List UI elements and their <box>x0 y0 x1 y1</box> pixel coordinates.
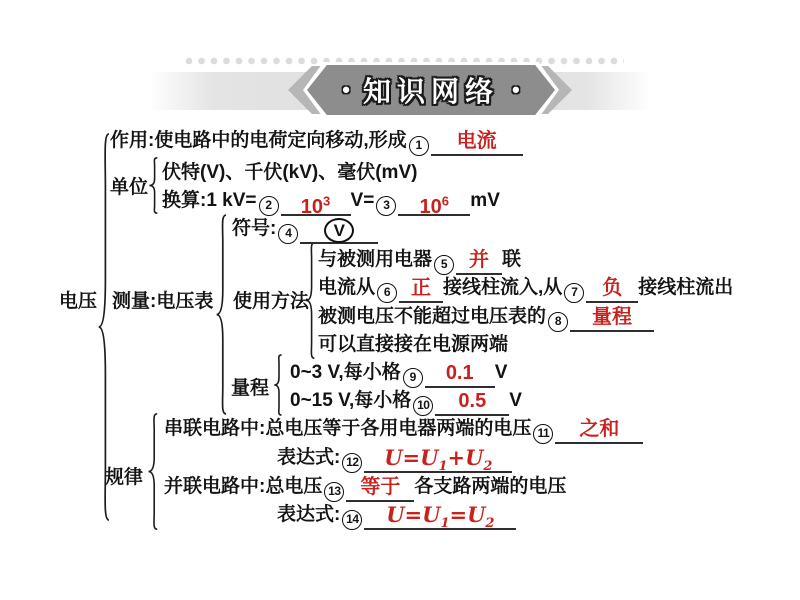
circled-number-5: 5 <box>434 255 454 275</box>
circled-number-3: 3 <box>376 196 396 216</box>
line-symbol: 符号:4V <box>232 217 378 244</box>
answer-blank-14: U=U1=U2 <box>364 504 516 530</box>
circled-number-13: 13 <box>324 482 344 502</box>
answer-blank-1: 电流 <box>431 130 523 156</box>
text: V <box>509 390 522 411</box>
parallel-voltage-formula: U=U1=U2 <box>386 502 494 527</box>
answer-blank-2: 103 <box>281 190 351 216</box>
node-measure: 测量:电压表 <box>112 290 213 314</box>
circled-number-9: 9 <box>403 368 423 388</box>
circled-number-14: 14 <box>342 510 362 530</box>
answer-blank-10: 0.5 <box>435 390 509 416</box>
line-parallel-connect: 与被测用电器5并联 <box>318 248 521 275</box>
line-range-limit: 被测电压不能超过电压表的8量程 <box>318 305 654 332</box>
line-parallel-rule: 并联电路中:总电压13等于各支路两端的电压 <box>164 475 566 502</box>
answer-blank-4: V <box>300 218 378 244</box>
text: 接线柱流入,从 <box>443 277 562 298</box>
line-current-direction: 电流从6正接线柱流入,从7负接线柱流出 <box>318 276 733 303</box>
brace-voltmeter <box>215 212 228 417</box>
answer-blank-11: 之和 <box>555 418 643 444</box>
circled-number-8: 8 <box>548 312 568 332</box>
bullet-icon: • <box>512 77 520 103</box>
text: V= <box>351 190 375 211</box>
brace-rule <box>147 412 159 531</box>
node-rule: 规律 <box>105 466 143 490</box>
text: 换算:1 kV= <box>162 190 257 211</box>
circled-number-1: 1 <box>409 136 429 156</box>
text: 伏特(V)、千伏(kV)、毫伏(mV) <box>162 162 417 183</box>
banner-title: 知识网络 <box>363 70 499 110</box>
node-usage: 使用方法 <box>233 290 309 314</box>
line-direct-connect: 可以直接接在电源两端 <box>318 333 508 357</box>
line-function: 作用:使电路中的电荷定向移动,形成1电流 <box>110 129 523 156</box>
bullet-icon: • <box>342 77 350 103</box>
line-parallel-formula: 表达式:14U=U1=U2 <box>277 503 516 530</box>
circled-number-6: 6 <box>377 283 397 303</box>
circled-number-11: 11 <box>533 424 553 444</box>
text: 各支路两端的电压 <box>414 476 566 497</box>
line-unit-names: 伏特(V)、千伏(kV)、毫伏(mV) <box>162 161 417 185</box>
text: 电流从 <box>318 277 375 298</box>
text: 作用:使电路中的电荷定向移动,形成 <box>110 130 407 151</box>
answer-blank-5: 并 <box>456 249 502 275</box>
text: 并联电路中:总电压 <box>164 476 322 497</box>
text: 联 <box>502 249 521 270</box>
text: 接线柱流出 <box>638 277 733 298</box>
line-series-rule: 串联电路中:总电压等于各用电器两端的电压11之和 <box>164 417 643 444</box>
line-range-15v: 0~15 V,每小格100.5V <box>290 389 522 416</box>
line-conversion: 换算:1 kV=2103V=3106mV <box>162 189 500 216</box>
circled-number-10: 10 <box>413 396 433 416</box>
circled-number-7: 7 <box>564 283 584 303</box>
circled-number-12: 12 <box>342 453 362 473</box>
slide: • 知识网络 • 电压 单位 测量:电压表 使用方法 量程 规律 作用:使电路中… <box>0 0 800 600</box>
circled-number-4: 4 <box>278 224 298 244</box>
text: 可以直接接在电源两端 <box>318 334 508 355</box>
answer-blank-6: 正 <box>399 277 443 303</box>
text: 表达式: <box>277 447 340 468</box>
node-voltage: 电压 <box>59 290 97 314</box>
text: 被测电压不能超过电压表的 <box>318 306 546 327</box>
circled-v-symbol: V <box>324 218 354 243</box>
answer-blank-12: U=U1+U2 <box>364 447 512 473</box>
text: 串联电路中:总电压等于各用电器两端的电压 <box>164 418 531 439</box>
text: mV <box>470 190 500 211</box>
text: V <box>495 362 508 383</box>
answer-blank-3: 106 <box>398 190 470 216</box>
node-range: 量程 <box>231 377 269 401</box>
series-voltage-formula: U=U1+U2 <box>384 445 492 470</box>
answer-blank-7: 负 <box>586 277 638 303</box>
text: 与被测用电器 <box>318 249 432 270</box>
answer-blank-9: 0.1 <box>425 362 495 388</box>
text: 0~3 V,每小格 <box>290 362 401 383</box>
text: 0~15 V,每小格 <box>290 390 411 411</box>
line-series-formula: 表达式:12U=U1+U2 <box>277 446 512 473</box>
circled-number-2: 2 <box>259 196 279 216</box>
banner-hexagon: • 知识网络 • <box>307 65 555 115</box>
brace-range <box>273 354 283 416</box>
text: 符号: <box>232 218 276 239</box>
node-unit: 单位 <box>110 176 148 200</box>
answer-blank-13: 等于 <box>346 476 414 502</box>
text: 表达式: <box>277 504 340 525</box>
line-range-3v: 0~3 V,每小格90.1V <box>290 361 507 388</box>
answer-blank-8: 量程 <box>570 306 654 332</box>
brace-unit <box>148 157 159 214</box>
